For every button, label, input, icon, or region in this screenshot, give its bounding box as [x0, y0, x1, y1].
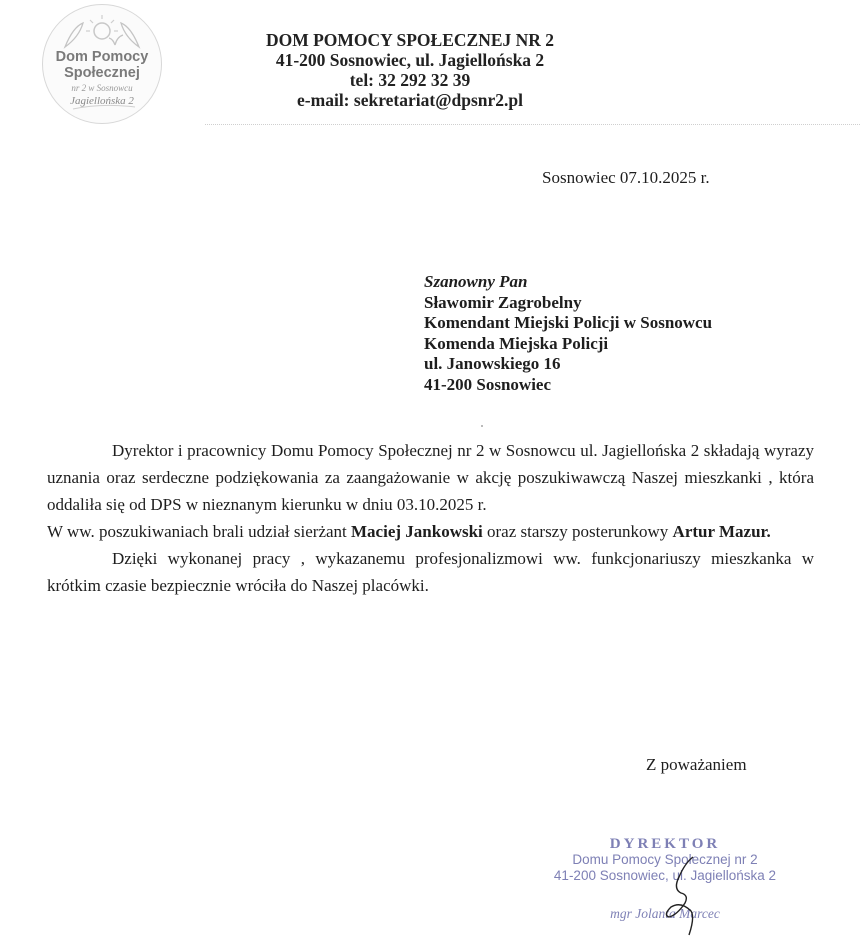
p2-text-b: oraz starszy posterunkowy: [483, 522, 673, 541]
closing: Z poważaniem: [646, 755, 747, 775]
letterhead-name: DOM POMOCY SPOŁECZNEJ NR 2: [240, 30, 580, 50]
date-line: Sosnowiec 07.10.2025 r.: [542, 168, 710, 188]
letter-body: Dyrektor i pracownicy Domu Pomocy Społec…: [47, 437, 814, 599]
officer-name-1: Maciej Jankowski: [351, 522, 483, 541]
recipient-block: Szanowny Pan Sławomir Zagrobelny Komenda…: [424, 272, 712, 395]
header-divider: [205, 124, 860, 125]
recipient-title: Komendant Miejski Policji w Sosnowcu: [424, 313, 712, 334]
organization-logo: Dom Pomocy Społecznej nr 2 w Sosnowcu Ja…: [42, 4, 162, 124]
p2-text-a: W ww. poszukiwaniach brali udział sierża…: [47, 522, 351, 541]
logo-text-line4: Jagiellońska 2: [43, 95, 161, 107]
letterhead: DOM POMOCY SPOŁECZNEJ NR 2 41-200 Sosnow…: [240, 30, 580, 110]
paragraph-1: Dyrektor i pracownicy Domu Pomocy Społec…: [47, 437, 814, 518]
logo-text-line3: nr 2 w Sosnowcu: [43, 83, 161, 93]
recipient-salutation: Szanowny Pan: [424, 272, 712, 293]
speck: [481, 425, 483, 427]
logo-text-line2: Społecznej: [43, 65, 161, 81]
signature-icon: [655, 855, 715, 937]
paragraph-2: W ww. poszukiwaniach brali udział sierża…: [47, 518, 814, 545]
recipient-street: ul. Janowskiego 16: [424, 354, 712, 375]
officer-name-2: Artur Mazur.: [673, 522, 771, 541]
recipient-name: Sławomir Zagrobelny: [424, 293, 712, 314]
recipient-city: 41-200 Sosnowiec: [424, 375, 712, 396]
paragraph-3: Dzięki wykonanej pracy , wykazanemu prof…: [47, 545, 814, 599]
logo-text-line1: Dom Pomocy: [43, 49, 161, 65]
recipient-institution: Komenda Miejska Policji: [424, 334, 712, 355]
letterhead-phone: tel: 32 292 32 39: [240, 70, 580, 90]
letterhead-email: e-mail: sekretariat@dpsnr2.pl: [240, 90, 580, 110]
stamp-title: DYREKTOR: [535, 836, 795, 852]
letterhead-address: 41-200 Sosnowiec, ul. Jagiellońska 2: [240, 50, 580, 70]
